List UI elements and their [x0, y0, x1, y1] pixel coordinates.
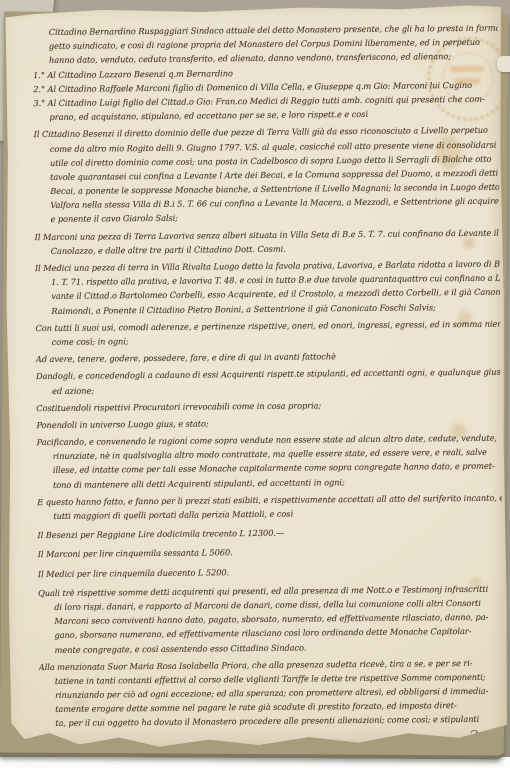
manuscript-line: Ponendoli in universo Luogo gius, e stat… — [36, 414, 501, 433]
manuscript-line: tutti maggiori di quelli portati dalla p… — [53, 505, 502, 523]
manuscript-page: Cittadino Bernardino Ruspaggiari Sindaco… — [2, 5, 508, 751]
manuscript-text: Cittadino Bernardino Ruspaggiari Sindaco… — [3, 21, 505, 747]
manuscript-line: ta, per il cui oggetto ha dovuto il Mona… — [55, 712, 504, 730]
manuscript-line: e ponente il cavo Giarolo Salsi; — [50, 208, 499, 226]
manuscript-line-amount: Il Marconi per lire cinquemila sessanta … — [38, 543, 503, 562]
manuscript-line-amount: Il Besenzi per Reggiane Lire dodicimila … — [37, 524, 502, 543]
manuscript-line: Costituendoli rispettivi Procuratori irr… — [36, 396, 501, 415]
manuscript-line: prano, ed acquistano, stipulano, ed acce… — [49, 106, 498, 124]
paper-tab — [497, 56, 510, 72]
manuscript-line-amount: Il Medici per lire cinquemila duecento L… — [38, 562, 503, 581]
manuscript-line: come così; in ogni; — [52, 331, 501, 349]
manuscript-line: Ad avere, tenere, godere, possedere, far… — [36, 348, 501, 367]
